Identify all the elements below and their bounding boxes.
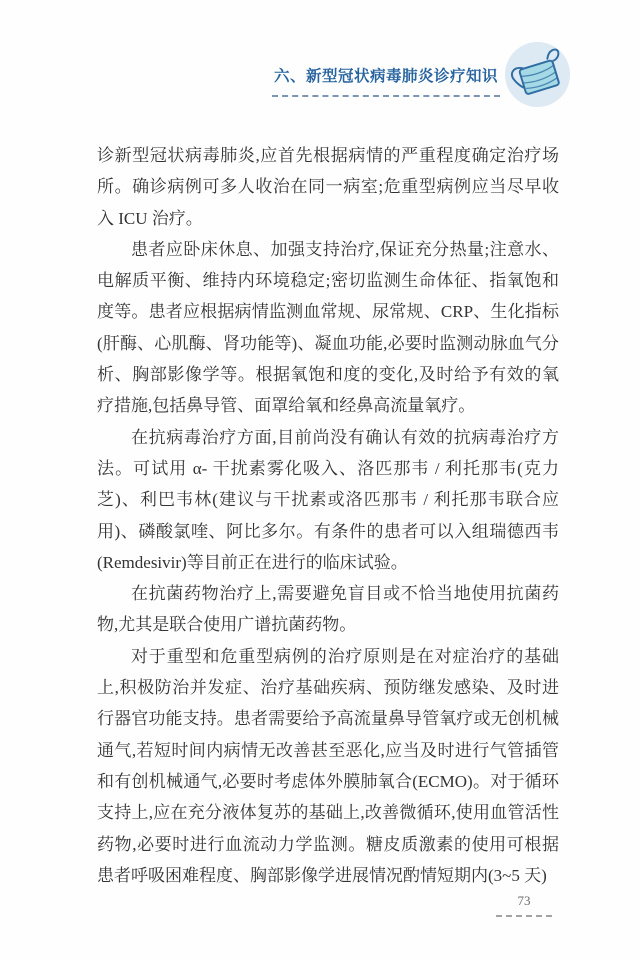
paragraph: 患者应卧床休息、加强支持治疗,保证充分热量;注意水、电解质平衡、维持内环境稳定;… <box>97 234 559 422</box>
face-mask-icon <box>504 41 571 108</box>
chapter-title: 六、新型冠状病毒肺炎诊疗知识 <box>274 64 498 86</box>
page-body-text: 诊新型冠状病毒肺炎,应首先根据病情的严重程度确定治疗场所。确诊病例可多人收治在同… <box>97 140 559 891</box>
footer-dash-line <box>496 915 552 917</box>
paragraph: 对于重型和危重型病例的治疗原则是在对症治疗的基础上,积极防治并发症、治疗基础疾病… <box>97 641 559 891</box>
chapter-title-block: 六、新型冠状病毒肺炎诊疗知识 <box>272 64 500 97</box>
page-number: 73 <box>496 893 552 909</box>
paragraph: 在抗病毒治疗方面,目前尚没有确认有效的抗病毒治疗方法。可试用 α- 干扰素雾化吸… <box>97 422 559 578</box>
book-page: 六、新型冠状病毒肺炎诊疗知识 诊新型冠状病毒肺炎,应首先根据病情的严重程度确定治… <box>0 0 639 959</box>
page-footer: 73 <box>496 893 552 917</box>
paragraph: 在抗菌药物治疗上,需要避免盲目或不恰当地使用抗菌药物,尤其是联合使用广谱抗菌药物… <box>97 578 559 641</box>
paragraph: 诊新型冠状病毒肺炎,应首先根据病情的严重程度确定治疗场所。确诊病例可多人收治在同… <box>97 140 559 234</box>
